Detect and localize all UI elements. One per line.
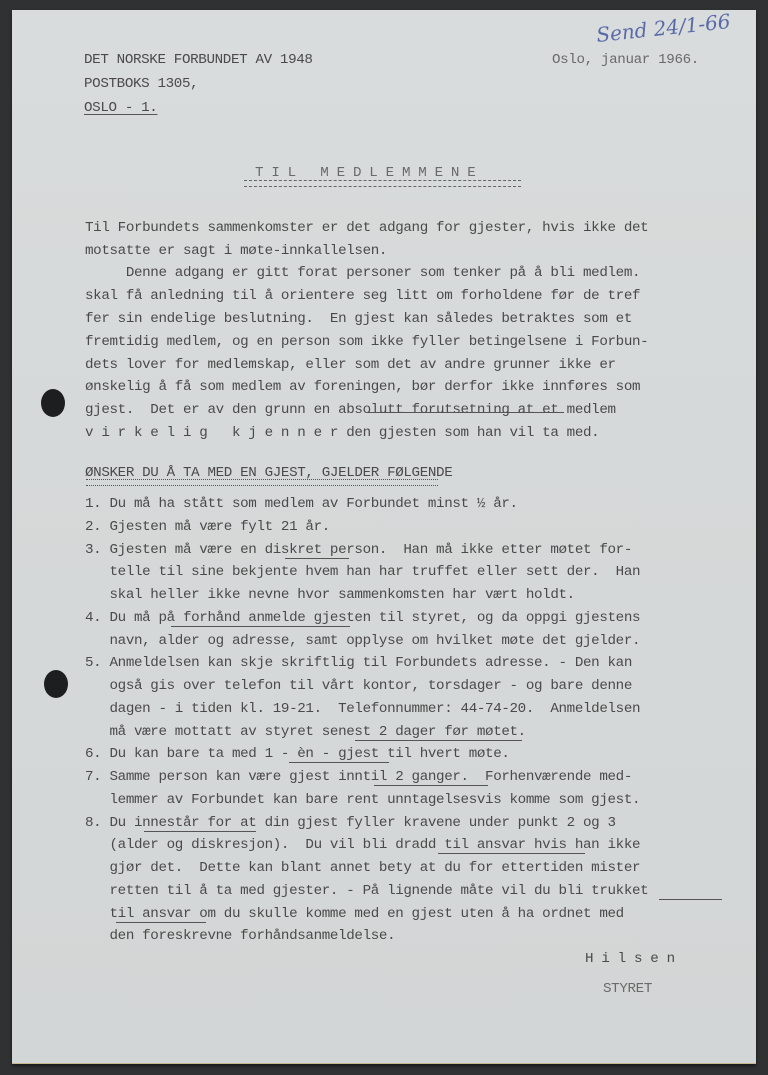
intro-line: Denne adgang er gitt forat personer som …: [85, 266, 640, 280]
intro-line: v i r k e l i g k j e n n e r den gjeste…: [85, 426, 599, 440]
rule-line: 5. Anmeldelsen kan skje skriftlig til Fo…: [85, 656, 632, 670]
intro-line: fremtidig medlem, og en person som ikke …: [85, 335, 648, 349]
intro-line: Til Forbundets sammenkomster er det adga…: [85, 221, 648, 235]
rule-line: også gis over telefon til vårt kontor, t…: [85, 679, 632, 693]
rule-line: telle til sine bekjente hvem han har tru…: [85, 565, 640, 579]
rule-line: 7. Samme person kan være gjest inntil 2 …: [85, 770, 632, 784]
rule-line: gjør det. Dette kan blant annet bety at …: [85, 861, 640, 875]
rule-line: skal heller ikke nevne hvor sammenkomste…: [85, 588, 575, 602]
closing-signature: STYRET: [603, 982, 652, 996]
rule-line: retten til å ta med gjester. - På lignen…: [85, 884, 648, 898]
underline-dradd-til-ansvar: [438, 853, 585, 854]
underline-inntil-2-ganger: [374, 785, 488, 786]
underline-til-ansvar: [116, 922, 206, 923]
org-name: DET NORSKE FORBUNDET AV 1948: [84, 53, 313, 67]
rule-line: til ansvar om du skulle komme med en gje…: [85, 907, 624, 921]
rule-line: 1. Du må ha stått som medlem av Forbunde…: [85, 497, 518, 511]
intro-line: fer sin endelige beslutning. En gjest ka…: [85, 312, 632, 326]
rule-line: 6. Du kan bare ta med 1 - èn - gjest til…: [85, 747, 510, 761]
underline-absolutt-forutsetning: [368, 412, 564, 413]
underline-innestar-for: [144, 831, 256, 832]
intro-line: motsatte er sagt i møte-innkallelsen.: [85, 244, 387, 258]
letter-title: T I L M E D L E M M E N E: [255, 166, 475, 180]
underline-trukket: [659, 899, 722, 900]
rule-line: navn, alder og adresse, samt opplyse om …: [85, 634, 640, 648]
rule-line: 2. Gjesten må være fylt 21 år.: [85, 520, 330, 534]
intro-line: ønskelig å få som medlem av foreningen, …: [85, 380, 640, 394]
intro-line: skal få anledning til å orientere seg li…: [85, 289, 640, 303]
rule-line: den foreskrevne forhåndsanmeldelse.: [85, 929, 395, 943]
punch-hole-top: [41, 389, 65, 417]
intro-line: dets lover for medlemskap, eller som det…: [85, 358, 616, 372]
underline-senest-2-dager: [355, 740, 522, 741]
rule-line: dagen - i tiden kl. 19-21. Telefonnummer…: [85, 702, 640, 716]
org-city: OSLO - 1.: [84, 101, 157, 115]
org-postbox: POSTBOKS 1305,: [84, 77, 198, 91]
underline-anmelde-gjesten: [171, 626, 350, 627]
rule-line: (alder og diskresjon). Du vil bli dradd …: [85, 838, 640, 852]
rule-line: lemmer av Forbundet kan bare rent unntag…: [85, 793, 640, 807]
intro-line: gjest. Det er av den grunn en absolutt f…: [85, 403, 616, 417]
rule-line: må være mottatt av styret senest 2 dager…: [85, 725, 526, 739]
heading-dotted-underline: [86, 479, 438, 486]
punch-hole-bottom: [44, 670, 68, 698]
underline-diskret: [285, 558, 349, 559]
rule-line: 4. Du må på forhånd anmelde gjesten til …: [85, 611, 640, 625]
closing-greeting: H i l s e n: [585, 952, 675, 966]
title-double-underline: [244, 180, 521, 187]
rule-line: 3. Gjesten må være en diskret person. Ha…: [85, 543, 632, 557]
underline-1-en-gjest: [289, 762, 389, 763]
letter-date: Oslo, januar 1966.: [552, 53, 699, 67]
rule-line: 8. Du innestår for at din gjest fyller k…: [85, 816, 616, 830]
